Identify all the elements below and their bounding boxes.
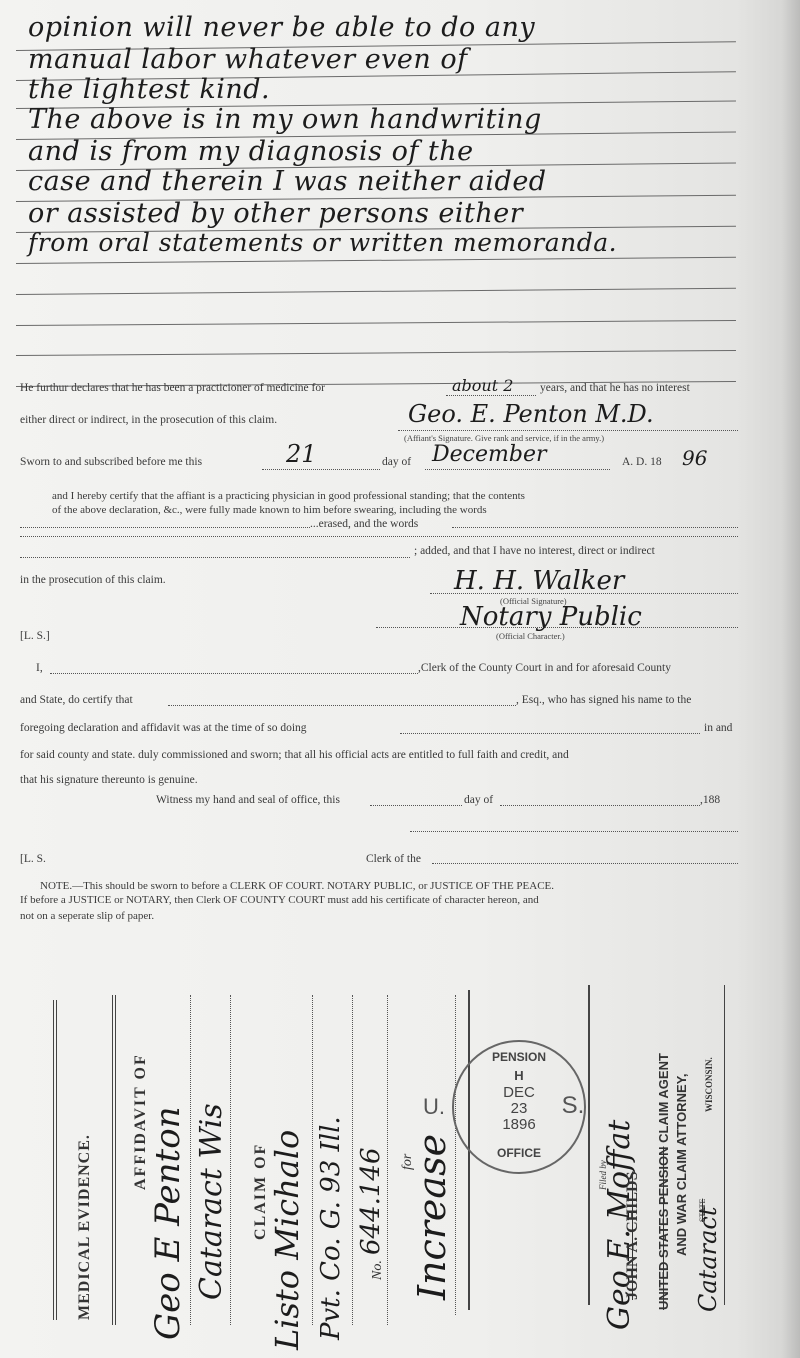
divider-line (588, 985, 590, 1305)
erased-words-field (20, 526, 310, 528)
divider-line (724, 985, 725, 1305)
declaration-text: years, and that he has no interest (540, 382, 690, 394)
sworn-ad: A. D. 18 (622, 456, 662, 468)
stamp-top-text: PENSION (454, 1050, 584, 1064)
number-label: No. (370, 1260, 386, 1280)
clerk-text: foregoing declaration and affidavit was … (20, 722, 307, 734)
note-text: If before a JUSTICE or NOTARY, then Cler… (20, 894, 539, 906)
note-text: not on a seperate slip of paper. (20, 910, 154, 922)
certification-text: in the prosecution of this claim. (20, 574, 166, 586)
added-words-field-2 (20, 556, 410, 558)
handwritten-line: manual labor whatever even of (28, 44, 468, 75)
affiant-place: Cataract Wis (194, 1103, 229, 1300)
clerk-signature-line (410, 830, 738, 832)
sworn-month: December (432, 442, 546, 467)
handwritten-line: opinion will never be able to do any (28, 12, 535, 43)
official-signature: H. H. Walker (454, 566, 624, 596)
years-value: about 2 (452, 376, 513, 395)
certification-text: ...erased, and the words (310, 518, 418, 530)
clerk-text: in and (704, 722, 732, 734)
official-character: Notary Public (460, 602, 642, 632)
claimant-name: Listo Michalo (268, 1130, 306, 1350)
witness-day-field (370, 804, 462, 806)
sworn-day-field (262, 457, 380, 470)
ruled-line (16, 320, 736, 326)
clerk-text: I, (36, 662, 43, 674)
divider-dotted (352, 995, 353, 1325)
stamp-right-text: S. (558, 1092, 588, 1120)
agent-line1-struck: UNITED STATES PENSION (656, 1147, 671, 1310)
certification-text: ; added, and that I have no interest, di… (414, 545, 655, 557)
stamp-bottom-text: OFFICE (454, 1146, 584, 1160)
clerk-text: and State, do certify that (20, 694, 133, 706)
ruled-line (16, 257, 736, 264)
claim-number: 644.146 (356, 1147, 386, 1255)
declaration-text: He furthur declares that he has been a p… (20, 382, 325, 394)
official-name-field (168, 704, 516, 706)
divider-dotted (190, 995, 191, 1325)
stamp-letter: H (454, 1068, 584, 1083)
affiant-signature: Geo. E. Penton M.D. (408, 400, 654, 428)
official-office-field (400, 732, 700, 734)
page-edge-shadow (782, 0, 800, 1358)
clerk-text: ,Clerk of the County Court in and for af… (418, 662, 671, 674)
certification-text: and I hereby certify that the affiant is… (52, 490, 525, 502)
claimant-service: Pvt. Co. G. 93 Ill. (316, 1116, 346, 1340)
sworn-day: 21 (286, 440, 317, 468)
witness-dayof: day of (464, 794, 493, 806)
handwritten-line: or assisted by other persons either (28, 198, 523, 229)
handwritten-line: the lightest kind. (28, 74, 270, 105)
agent-name-struck: JOHN A. CHILDS (624, 1172, 642, 1300)
divider-line (112, 995, 113, 1325)
added-words-field (452, 526, 738, 528)
witness-text: Witness my hand and seal of office, this (156, 794, 340, 806)
agent-state: WISCONSIN. (704, 1057, 714, 1112)
stamp-left-text: U. (414, 1094, 454, 1120)
agent-line1: UNITED STATES PENSION CLAIM AGENT (656, 1053, 671, 1310)
clerk-text: for said county and state. duly commissi… (20, 749, 569, 761)
seal-label: [L. S. (20, 853, 46, 865)
sworn-year: 96 (682, 446, 707, 470)
clerk-text: , Esq., who has signed his name to the (516, 694, 691, 706)
handwritten-line: from oral statements or written memorand… (28, 228, 617, 257)
agent-line2: AND WAR CLAIM ATTORNEY, (674, 1074, 689, 1256)
certification-text: of the above declaration, &c., were full… (52, 504, 487, 516)
clerk-text: that his signature thereunto is genuine. (20, 774, 198, 786)
clerk-name-field (50, 672, 418, 674)
handwritten-line: case and therein I was neither aided (28, 166, 547, 197)
endorsement-title: MEDICAL EVIDENCE. (76, 1134, 94, 1320)
divider-line (53, 1000, 54, 1320)
divider-dotted (312, 995, 313, 1325)
seal-label: [L. S.] (20, 630, 50, 642)
clerk-of-label: Clerk of the (366, 853, 421, 865)
sworn-dayof: day of (382, 456, 411, 468)
witness-year: ,188 (700, 794, 720, 806)
ruled-line (16, 288, 736, 295)
ruled-line (16, 350, 736, 356)
sworn-text: Sworn to and subscribed before me this (20, 456, 202, 468)
official-character-caption: (Official Character.) (496, 631, 565, 641)
claim-type: Increase (410, 1134, 454, 1300)
words-continuation-field (20, 535, 738, 537)
affiant-name: Geo E Penton (148, 1106, 188, 1340)
note-text: NOTE.—This should be sworn to before a C… (40, 880, 554, 892)
declaration-text: either direct or indirect, in the prosec… (20, 414, 277, 426)
divider-dotted (230, 995, 231, 1325)
pension-office-stamp: PENSION H DEC 23 1896 OFFICE U. S. (452, 1040, 586, 1174)
handwritten-line: The above is in my own handwriting (28, 104, 542, 135)
agent-place: Cataract (694, 1207, 722, 1313)
agent-line1-text: CLAIM AGENT (656, 1053, 671, 1143)
divider-dotted (387, 995, 388, 1325)
handwritten-line: and is from my diagnosis of the (28, 136, 474, 167)
document-page: opinion will never be able to do any man… (0, 0, 800, 1358)
witness-month-field (500, 804, 700, 806)
clerk-court-field (432, 862, 738, 864)
